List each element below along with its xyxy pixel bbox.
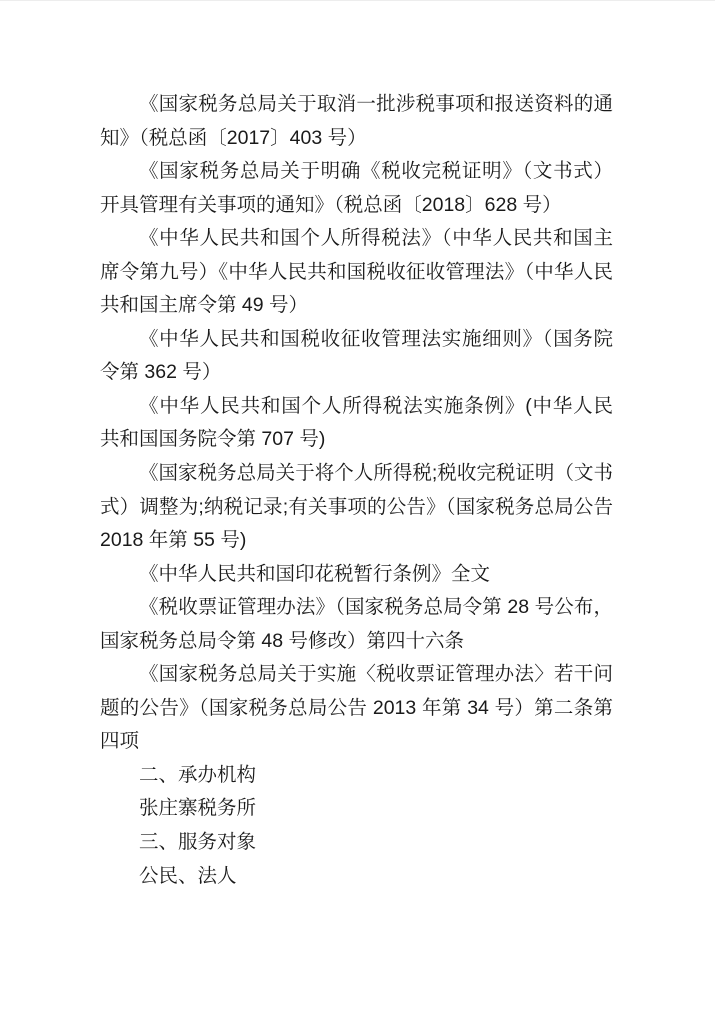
legal-reference-paragraph: 《税收票证管理办法》（国家税务总局令第 28 号公布，国家税务总局令第 48 号… (100, 591, 613, 658)
legal-reference-paragraph: 《国家税务总局关于明确《税收完税证明》（文书式）开具管理有关事项的通知》（税总函… (100, 155, 613, 222)
legal-reference-paragraph: 《中华人民共和国个人所得税法实施条例》(中华人民共和国国务院令第 707 号) (100, 390, 613, 457)
legal-reference-paragraph: 《国家税务总局关于将个人所得税;税收完税证明（文书式）调整为;纳税记录;有关事项… (100, 457, 613, 558)
section-body-organ: 张庄寨税务所 (100, 792, 613, 826)
section-heading-organ: 二、承办机构 (100, 759, 613, 793)
section-heading-audience: 三、服务对象 (100, 826, 613, 860)
document-page: 《国家税务总局关于取消一批涉税事项和报送资料的通知》（税总函〔2017〕403 … (0, 0, 715, 1011)
legal-reference-paragraph: 《国家税务总局关于实施〈税收票证管理办法〉若干问题的公告》（国家税务总局公告 2… (100, 658, 613, 759)
legal-reference-paragraph: 《国家税务总局关于取消一批涉税事项和报送资料的通知》（税总函〔2017〕403 … (100, 88, 613, 155)
section-body-audience: 公民、法人 (100, 860, 613, 894)
legal-reference-paragraph: 《中华人民共和国税收征收管理法实施细则》（国务院令第 362 号） (100, 323, 613, 390)
legal-reference-paragraph: 《中华人民共和国个人所得税法》（中华人民共和国主席令第九号）《中华人民共和国税收… (100, 222, 613, 323)
legal-reference-paragraph: 《中华人民共和国印花税暂行条例》全文 (100, 558, 613, 592)
